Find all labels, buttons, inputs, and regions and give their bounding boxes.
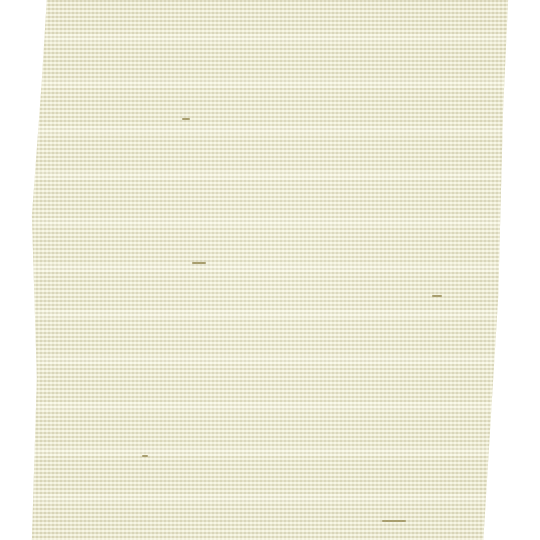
fabric-slub — [382, 520, 406, 522]
fabric-slub — [192, 262, 206, 264]
fabric-swatch — [22, 0, 518, 540]
fabric-slub — [142, 455, 148, 457]
fabric-slub — [432, 295, 442, 297]
fabric-slub — [182, 118, 190, 120]
